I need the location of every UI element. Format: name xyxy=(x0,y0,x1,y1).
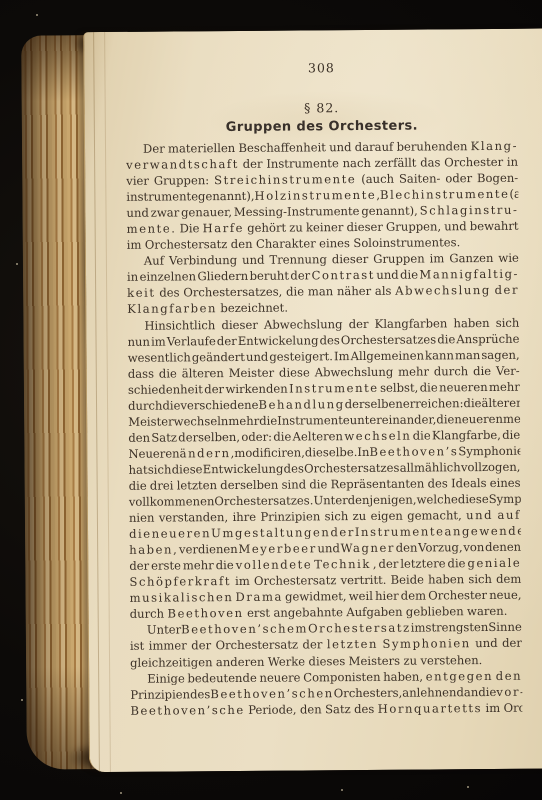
word: als xyxy=(375,284,392,298)
letterspaced-word: Hornquartetts xyxy=(378,701,482,716)
word: anderen xyxy=(216,654,265,668)
word: Orchestersatz xyxy=(145,237,228,252)
text-line: Beethoven’schePeriode,denSatzdesHornquar… xyxy=(130,700,522,719)
word: letzten xyxy=(177,478,217,492)
word: Klangfarben xyxy=(375,316,448,331)
word: Aufgaben xyxy=(346,605,402,619)
word: oder xyxy=(445,171,472,185)
letterspaced-word: keit xyxy=(127,286,156,300)
word: durch xyxy=(130,607,165,621)
word: Gliedern xyxy=(197,269,248,283)
word: welche xyxy=(416,492,457,506)
letterspaced-word: Klang- xyxy=(471,139,518,153)
letterspaced-word: Klangfarben xyxy=(127,302,217,317)
word: und xyxy=(242,253,264,267)
word: denen xyxy=(485,540,521,554)
word: derselben xyxy=(345,396,403,410)
page-content: 308 § 82. Gruppen des Orchesters. Dermat… xyxy=(125,59,522,720)
word: verschiedene xyxy=(180,398,258,413)
word: Orchestersatzes. xyxy=(214,493,313,508)
word: der xyxy=(290,269,310,283)
word: durch xyxy=(434,364,469,378)
word: Orchestersatz xyxy=(215,638,298,653)
letterspaced-word: Schlaginstru- xyxy=(420,203,519,218)
word: Abwechslung xyxy=(264,317,343,332)
word: älteren xyxy=(481,395,520,409)
word: letztere xyxy=(400,557,445,571)
word: gewidmet, xyxy=(285,589,347,603)
word: Neueren xyxy=(128,446,179,460)
letterspaced-word: Streichinstrumente xyxy=(214,172,356,187)
word: Entwickelung xyxy=(203,462,284,477)
word: Hinsichtlich xyxy=(144,318,215,333)
book-page: 308 § 82. Gruppen des Orchesters. Dermat… xyxy=(83,28,542,772)
word: Soloinstrumentes. xyxy=(353,235,460,250)
word: die xyxy=(162,398,180,412)
word: Orchestersatzes, xyxy=(183,285,282,300)
word: geblieben xyxy=(406,605,464,619)
word: in xyxy=(127,270,138,284)
letterspaced-word: vollendete xyxy=(236,558,313,573)
word: die xyxy=(436,412,454,426)
word: diese xyxy=(458,492,489,506)
word: haben xyxy=(453,315,489,329)
word: wesentlich xyxy=(128,350,191,364)
letterspaced-word: der xyxy=(494,283,519,297)
word: des xyxy=(428,476,448,490)
word: erste xyxy=(151,559,181,573)
letterspaced-word: Umgestaltungen xyxy=(211,525,330,540)
dust-speck xyxy=(21,699,23,701)
word: immer xyxy=(149,639,187,653)
word: die xyxy=(400,268,418,282)
word: keiner xyxy=(306,220,344,234)
word: des xyxy=(320,333,340,347)
word: nien xyxy=(129,511,155,525)
word: vollzogen, xyxy=(461,460,521,474)
word: durch xyxy=(128,398,163,412)
word: man xyxy=(308,285,333,299)
letterspaced-word: mente. xyxy=(127,222,177,236)
word: gemacht, xyxy=(407,508,462,522)
letterspaced-word: Wagner xyxy=(340,541,395,555)
letterspaced-word: Technik xyxy=(314,557,371,571)
word: die xyxy=(413,428,431,442)
word: Sympho- xyxy=(489,492,521,506)
word: im xyxy=(235,574,250,588)
word: diese xyxy=(172,462,203,476)
section-mark: § 82. xyxy=(126,99,518,118)
word: gesteigert. xyxy=(269,349,333,363)
word: die xyxy=(437,332,455,346)
letterspaced-word: letzten xyxy=(327,637,378,651)
word: und xyxy=(376,268,398,282)
letterspaced-word: haben, xyxy=(129,543,178,557)
word: Gruppen: xyxy=(154,173,209,187)
word: sich xyxy=(496,315,520,329)
word: ihre xyxy=(232,510,256,524)
word: wechseln xyxy=(174,414,229,428)
word: bewahrt xyxy=(470,219,519,233)
word: zu xyxy=(353,509,367,523)
word: allmählich xyxy=(400,460,461,474)
word: haben, xyxy=(383,669,423,683)
word: Verbindung xyxy=(169,253,237,268)
word: neue, xyxy=(489,588,521,602)
word: weil xyxy=(349,589,373,603)
word: der xyxy=(302,638,322,652)
word: nach xyxy=(342,156,370,170)
word: eigen xyxy=(370,509,402,523)
letterspaced-word: geniale xyxy=(467,556,521,570)
word: die xyxy=(286,285,304,299)
word: Orchestersatzes xyxy=(341,332,436,347)
word: Klangfarbe, xyxy=(432,428,501,443)
word: vollkommenen xyxy=(129,494,215,509)
word: neueren xyxy=(439,380,488,394)
word: Ideals xyxy=(451,476,487,490)
word: und xyxy=(246,349,268,363)
word: Satz xyxy=(325,702,351,716)
word: des xyxy=(159,286,179,300)
word: dieselbe. xyxy=(305,445,358,459)
word: wie xyxy=(498,251,519,265)
word: nun xyxy=(127,334,150,348)
word: hier xyxy=(375,589,399,603)
word: der xyxy=(243,157,263,171)
word: an xyxy=(464,685,479,699)
letterspaced-word: ändern xyxy=(180,446,231,460)
word: im xyxy=(430,252,445,266)
word: der xyxy=(349,316,369,330)
word: ist xyxy=(130,639,144,653)
word: Periode, xyxy=(248,702,296,716)
dust-speck xyxy=(120,792,122,794)
word: Vorzug, xyxy=(418,540,463,554)
word: zu xyxy=(289,221,303,235)
word: der xyxy=(129,559,149,573)
word: dieser xyxy=(332,252,368,266)
word: vier xyxy=(126,174,149,188)
word: sich xyxy=(468,572,492,586)
word: zu xyxy=(403,653,417,667)
letterspaced-word: Beethoven’schem xyxy=(181,622,308,637)
word: modificiren, xyxy=(234,445,305,460)
word: sind xyxy=(282,477,307,491)
word: Orchester xyxy=(444,155,503,169)
word: der xyxy=(191,639,211,653)
word: , xyxy=(373,557,377,571)
word: dieses xyxy=(308,654,345,668)
dust-speck xyxy=(16,263,18,265)
word: der xyxy=(217,334,237,348)
letterspaced-word: auf xyxy=(497,508,520,522)
word: haben xyxy=(428,572,464,586)
word: mehr xyxy=(183,558,214,572)
letterspaced-word: Abwechslung xyxy=(395,283,491,298)
word: derselben xyxy=(220,478,278,492)
word: Symphonien xyxy=(458,444,520,458)
word: die xyxy=(502,428,520,442)
word: selbst, xyxy=(380,380,418,394)
word: Unter xyxy=(313,493,347,507)
word: das xyxy=(420,155,440,169)
letterspaced-word: vor- xyxy=(496,684,522,698)
letterspaced-word: und xyxy=(466,508,493,522)
word: des xyxy=(284,461,304,475)
word: von xyxy=(463,540,484,554)
word: schiedenheit xyxy=(128,382,203,397)
word: Messing-Instrumente xyxy=(234,204,360,219)
word: die xyxy=(216,558,234,572)
letterspaced-word: wechseln xyxy=(344,428,411,443)
word: Der xyxy=(143,142,165,156)
word: im xyxy=(411,621,426,635)
word: Instrumente xyxy=(277,413,350,428)
word: drei xyxy=(150,478,174,492)
word: der xyxy=(378,557,398,571)
word: und xyxy=(329,140,351,154)
word: Instrumente xyxy=(266,156,339,171)
word: angebahnte xyxy=(273,606,343,621)
letterspaced-word: Contrast xyxy=(311,268,375,282)
word: Auf xyxy=(144,254,164,268)
word: des xyxy=(190,687,210,701)
word: Meisters xyxy=(349,653,401,667)
word: mehr xyxy=(503,412,520,426)
word: zwar xyxy=(151,206,180,220)
word: Die xyxy=(180,221,200,235)
photo-background: 308 § 82. Gruppen des Orchesters. Dermat… xyxy=(0,0,542,800)
word: zerfällt xyxy=(375,156,417,170)
word: die xyxy=(309,477,327,491)
word: Componisten xyxy=(303,669,380,684)
word: verdienen xyxy=(179,542,238,556)
word: verstanden, xyxy=(159,510,228,525)
word: Orchestersatzes xyxy=(304,461,399,476)
word: Prinzipien xyxy=(130,687,190,701)
word: dem xyxy=(496,572,521,586)
word: sich xyxy=(325,509,349,523)
word: Meister xyxy=(128,414,174,428)
word: Saiten- xyxy=(399,171,441,185)
letterspaced-word: die xyxy=(129,527,152,541)
word: Prinzipien xyxy=(260,509,320,523)
word: näher xyxy=(337,284,371,298)
word: einzelnen xyxy=(140,270,197,284)
dust-speck xyxy=(467,786,469,788)
word: erreichen: xyxy=(403,396,464,410)
word: die xyxy=(463,396,481,410)
word: vertritt. xyxy=(341,573,387,587)
word: Meister xyxy=(229,365,275,379)
letterspaced-word: Harfe xyxy=(203,221,245,235)
word: Entwickelung xyxy=(238,333,319,348)
word: der xyxy=(204,382,224,396)
section-title: Gruppen des Orchesters. xyxy=(126,118,518,137)
word: genannt), xyxy=(361,204,418,218)
word: und xyxy=(317,541,339,555)
word: Orchester, xyxy=(504,700,523,714)
letterspaced-word: angewendet xyxy=(444,524,521,539)
letterspaced-word: verwandtschaft xyxy=(126,157,239,172)
word: Werke xyxy=(268,654,305,668)
word: Gruppen, xyxy=(386,220,441,234)
word: Beschaffenheit xyxy=(238,140,326,155)
word: den xyxy=(396,541,418,555)
word: Ganzen xyxy=(449,251,493,265)
word: Ansprüche xyxy=(456,331,519,345)
word: des xyxy=(354,702,374,716)
word: und xyxy=(126,206,148,220)
word: im xyxy=(151,334,166,348)
book: 308 § 82. Gruppen des Orchesters. Dermat… xyxy=(21,28,542,772)
word: Einige xyxy=(147,671,185,685)
letterspaced-word: neueren xyxy=(152,526,211,540)
word: instrumentegenannt), xyxy=(126,189,254,204)
word: Verlaufe xyxy=(167,334,216,348)
word: im xyxy=(485,701,500,715)
letterspaced-word: Beethoven’schen xyxy=(210,686,334,701)
word: Charakter xyxy=(256,237,316,251)
letterspaced-word: Symphonien xyxy=(382,637,470,652)
word: man xyxy=(455,348,480,362)
letterspaced-word: Beethoven’s xyxy=(369,444,458,459)
word: gehört xyxy=(247,221,286,235)
word: geändert xyxy=(192,350,245,364)
word: sich xyxy=(148,462,172,476)
word: Ver- xyxy=(496,363,520,377)
word: oder: xyxy=(241,430,272,444)
letterspaced-word: Instrumente xyxy=(289,381,379,396)
word: den xyxy=(300,702,322,716)
dust-speck xyxy=(341,789,343,791)
letterspaced-word: Orchestersatz xyxy=(308,621,411,636)
letterspaced-word: Behandlung xyxy=(258,397,344,412)
word: erst xyxy=(247,606,270,620)
word: bezeichnet. xyxy=(220,301,288,316)
letterspaced-word: musikalischen xyxy=(129,590,233,605)
word: dieser xyxy=(346,220,382,234)
word: dieser xyxy=(221,317,257,331)
letterspaced-word: entgegen xyxy=(426,669,494,684)
letterspaced-word: Mannigfaltig- xyxy=(419,267,519,282)
word: anlehnend xyxy=(402,685,464,699)
word: waren. xyxy=(467,604,508,618)
word: Gruppen xyxy=(373,252,425,266)
word: sagen, xyxy=(481,347,519,361)
letterspaced-word: Beethoven xyxy=(167,606,243,621)
word: im xyxy=(127,238,142,252)
word: die xyxy=(447,556,465,570)
word: der xyxy=(502,636,522,650)
word: Orchestersatz xyxy=(254,573,337,588)
word: Abwechslung xyxy=(315,364,394,379)
word: kann xyxy=(425,348,454,362)
word: hat xyxy=(128,463,147,477)
word: und xyxy=(444,219,466,233)
page-crease-line xyxy=(93,32,100,772)
word: Beide xyxy=(391,573,424,587)
word: eines xyxy=(490,476,521,490)
word: die xyxy=(478,685,496,699)
word: die xyxy=(129,479,147,493)
word: die xyxy=(273,429,291,443)
letterspaced-word: Drama xyxy=(235,590,283,604)
word: Sinne xyxy=(488,620,522,634)
word: Unter xyxy=(147,623,181,637)
word: Trennung xyxy=(269,253,327,267)
page-crease-line xyxy=(104,32,111,772)
word: Orchester xyxy=(428,588,487,602)
word: Repräsentanten xyxy=(331,476,425,491)
word: Aelteren xyxy=(293,429,343,443)
word: (auch xyxy=(361,172,394,186)
word: In xyxy=(357,445,369,459)
word: eines xyxy=(319,236,350,250)
word: mehr xyxy=(489,379,520,393)
word: neueren xyxy=(454,412,503,426)
word: Satz xyxy=(151,430,177,444)
word: Allgemeinen xyxy=(351,348,425,363)
word: mehr xyxy=(398,364,429,378)
letterspaced-word: Holzinstrumente xyxy=(254,188,376,203)
dust-speck xyxy=(36,14,38,16)
letterspaced-word: der xyxy=(330,525,355,539)
word: strengsten xyxy=(425,620,488,634)
word: Im xyxy=(334,349,350,363)
letterspaced-word: Instrumente xyxy=(355,524,445,539)
word: Bogen- xyxy=(477,171,518,185)
word: diese xyxy=(279,365,310,379)
word: neuere xyxy=(259,670,300,684)
letterspaced-word: Meyerbeer xyxy=(238,542,316,557)
word: älteren xyxy=(182,366,224,380)
page-body: DermateriellenBeschaffenheitunddaraufber… xyxy=(126,139,523,720)
word: die xyxy=(420,380,438,394)
word: bedeutende xyxy=(187,670,256,685)
word: gleichzeitigen xyxy=(130,655,213,670)
page-number: 308 xyxy=(125,59,517,78)
word: darauf xyxy=(355,140,394,154)
word: mehr xyxy=(228,414,259,428)
word: die xyxy=(259,413,277,427)
word: dass xyxy=(128,366,154,380)
word: denjenigen, xyxy=(348,493,417,508)
word: untereinander, xyxy=(350,412,437,427)
letterspaced-word: Beethoven’sche xyxy=(130,703,244,718)
word: den xyxy=(231,237,253,251)
letterspaced-word: Schöpferkraft xyxy=(129,574,231,589)
word: und xyxy=(475,636,497,650)
word: den xyxy=(128,430,150,444)
letterspaced-word: den xyxy=(496,668,523,682)
word: materiellen xyxy=(168,141,235,156)
word: dem xyxy=(401,589,426,603)
word: die xyxy=(159,366,177,380)
word: wirkenden xyxy=(225,381,287,395)
word: genauer, xyxy=(181,205,232,219)
word: verstehen. xyxy=(420,653,482,667)
word: beruht xyxy=(250,269,290,283)
word: derselben, xyxy=(178,430,240,444)
letterspaced-word: Blechinstrumente xyxy=(380,187,510,202)
word: die xyxy=(473,364,491,378)
word: Orchesters, xyxy=(334,685,403,700)
word: (auch, xyxy=(509,187,518,201)
word: beruhenden xyxy=(396,139,467,154)
word: in xyxy=(507,155,518,169)
